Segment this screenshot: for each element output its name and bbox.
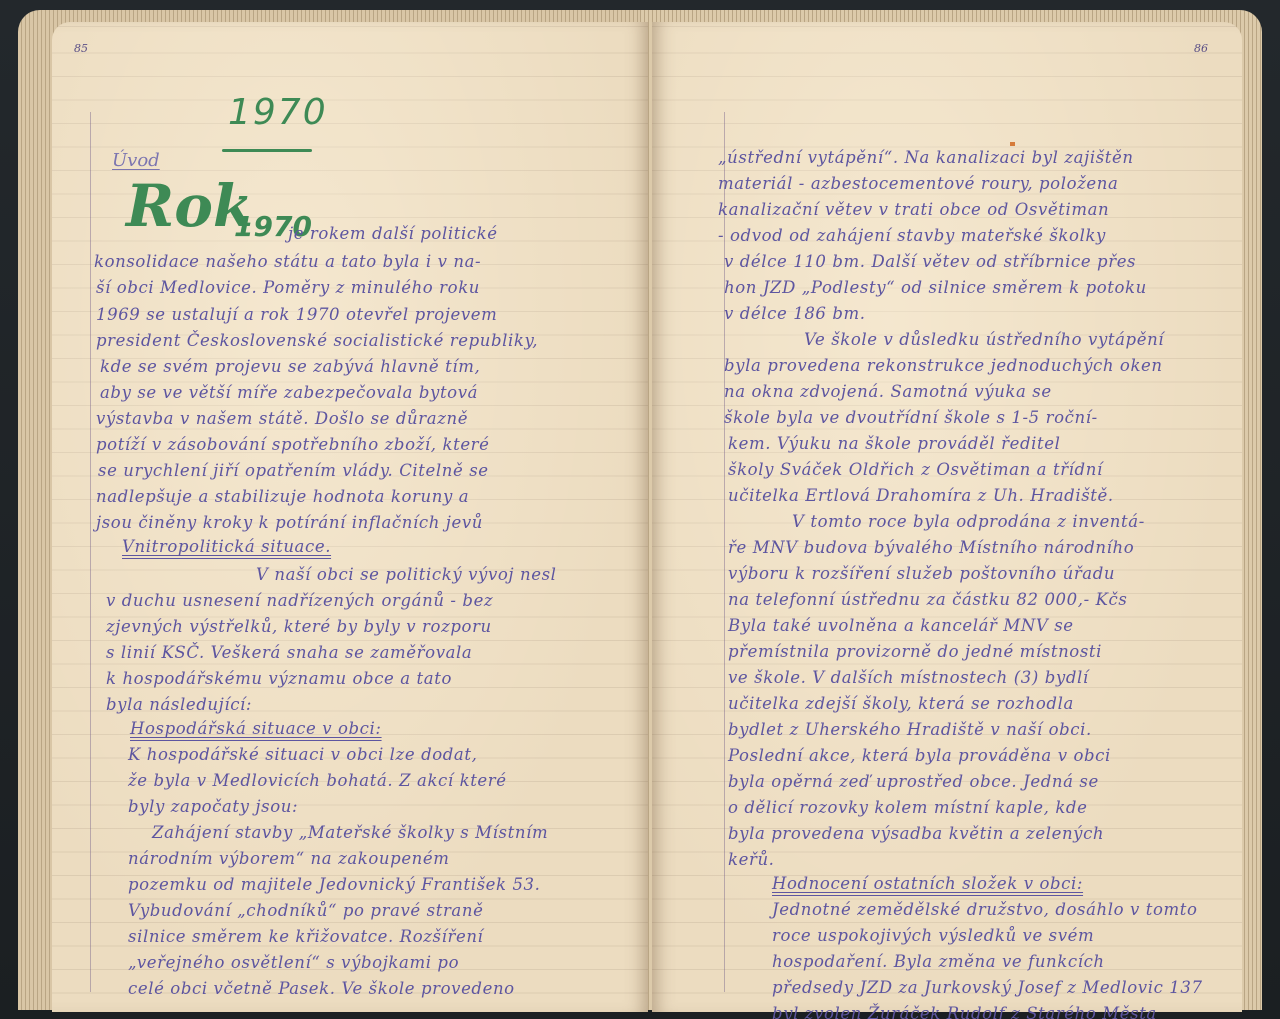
text-line: byla provedena výsadba květin a zelených [728,824,1104,843]
text-line: byl zvolen Žuráček Rudolf z Starého Měst… [772,1004,1157,1019]
text-line: kde se svém projevu se zabývá hlavně tím… [100,357,480,376]
margin-line [90,112,91,992]
text-line: 1969 se ustalují a rok 1970 otevřel proj… [96,305,497,324]
text-line: byla následující: [106,695,252,714]
text-line: - odvod od zahájení stavby mateřské škol… [718,226,1106,245]
side-note-uvod: Úvod [112,150,160,171]
text-line: Ve škole v důsledku ústředního vytápění [804,330,1164,349]
text-line: na okna zdvojená. Samotná výuka se [724,382,1052,401]
text-line: byly započaty jsou: [128,797,298,816]
text-line: K hospodářské situaci v obci lze dodat, [128,745,477,764]
text-line: kanalizační větev v trati obce od Osvěti… [718,200,1109,219]
text-line: konsolidace našeho státu a tato byla i v… [94,252,481,271]
text-line: na telefonní ústřednu za částku 82 000,-… [728,590,1127,609]
page-number: 86 [1194,42,1208,55]
text-line: nadlepšuje a stabilizuje hodnota koruny … [96,487,469,506]
text-line: o dělicí rozovky kolem místní kaple, kde [728,798,1087,817]
text-line: Zahájení stavby „Mateřské školky s Místn… [152,823,548,842]
text-line: „veřejného osvětlení“ s výbojkami po [128,953,459,972]
text-line: „ústřední vytápění“. Na kanalizaci byl z… [718,148,1134,167]
year-heading: 1970 [228,92,328,133]
text-line: škole byla ve dvoutřídní škole s 1-5 roč… [724,408,1098,427]
text-line: roce uspokojivých výsledků ve svém [772,926,1094,945]
text-line: jsou činěny kroky k potírání inflačních … [96,513,483,532]
left-page: 85 1970 Úvod Rok 1970 je rokem další pol… [52,22,648,1012]
text-line: byla provedena rekonstrukce jednoduchých… [724,356,1163,375]
text-line: pozemku od majitele Jedovnický František… [128,875,541,894]
text-line: zjevných výstřelků, které by byly v rozp… [106,617,492,636]
text-line: bydlet z Uherského Hradiště v naší obci. [728,720,1092,739]
text-line: v duchu usnesení nadřízených orgánů - be… [106,591,493,610]
text-line: národním výborem“ na zakoupeném [128,849,450,868]
text-line: Vybudování „chodníků“ po pravé straně [128,901,483,920]
text-line: ší obci Medlovice. Poměry z minulého rok… [96,278,480,297]
text-line: k hospodářskému významu obce a tato [106,669,452,688]
text-line: V tomto roce byla odprodána z inventá- [792,512,1145,531]
right-page: 86 „ústřední vytápění“. Na kanalizaci by… [652,22,1242,1012]
text-line: silnice směrem ke křižovatce. Rozšíření [128,927,483,946]
text-line: hon JZD „Podlesty“ od silnice směrem k p… [724,278,1147,297]
text-line: ře MNV budova bývalého Místního národníh… [728,538,1134,557]
text-line: s linií KSČ. Veškerá snaha se zaměřovala [106,643,472,662]
text-line: celé obci včetně Pasek. Ve škole provede… [128,979,515,998]
text-line: byla opěrná zeď uprostřed obce. Jedná se [728,772,1099,791]
text-line: výstavba v našem státě. Došlo se důrazně [96,409,468,428]
year-heading-underline [222,149,312,152]
ink-mark [1010,142,1015,146]
text-line: aby se ve větší míře zabezpečovala bytov… [100,383,478,402]
text-line: učitelka zdejší školy, která se rozhodla [728,694,1074,713]
text-line: Jednotné zemědělské družstvo, dosáhlo v … [772,900,1198,919]
text-line: kem. Výuku na škole prováděl ředitel [728,434,1061,453]
text-line: V naší obci se politický vývoj nesl [256,565,557,584]
text-line: v délce 110 bm. Další větev od stříbrnic… [724,252,1136,271]
section-heading-domestic-politics: Vnitropolitická situace. [122,537,331,556]
text-line: v délce 186 bm. [724,304,866,323]
text-line: je rokem další politické [288,224,498,243]
section-heading-other-organizations: Hodnocení ostatních složek v obci: [772,874,1083,893]
text-line: přemístnila provizorně do jedné místnost… [728,642,1102,661]
text-line: že byla v Medlovicích bohatá. Z akcí kte… [128,771,507,790]
text-line: Byla také uvolněna a kancelář MNV se [728,616,1074,635]
text-line: učitelka Ertlová Drahomíra z Uh. Hradišt… [728,486,1114,505]
section-heading-economic-situation: Hospodářská situace v obci: [130,719,382,738]
text-line: hospodaření. Byla změna ve funkcích [772,952,1105,971]
text-line: potíží v zásobování spotřebního zboží, k… [96,435,490,454]
text-line: se urychlení jiří opatřením vlády. Citel… [98,461,489,480]
text-line: výboru k rozšíření služeb poštovního úřa… [728,564,1115,583]
text-line: Poslední akce, která byla prováděna v ob… [728,746,1111,765]
text-line: materiál - azbestocementové roury, polož… [718,174,1118,193]
text-line: ve škole. V dalších místnostech (3) bydl… [728,668,1089,687]
text-line: keřů. [728,850,775,869]
text-line: předsedy JZD za Jurkovský Josef z Medlov… [772,978,1203,997]
text-line: president Československé socialistické r… [96,331,538,350]
page-number: 85 [74,42,88,55]
text-line: školy Sváček Oldřich z Osvětiman a třídn… [728,460,1103,479]
